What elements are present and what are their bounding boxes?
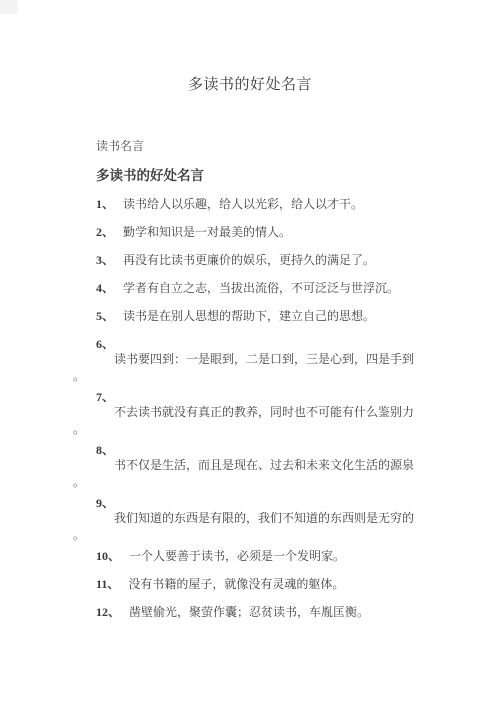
quote-text: 一个人要善于读书，必须是一个发明家。 <box>129 549 345 563</box>
quote-text: 读书给人以乐趣，给人以光彩，给人以才干。 <box>123 197 363 211</box>
quote-item: 10、一个人要善于读书，必须是一个发明家。 <box>96 549 454 564</box>
quote-number: 1、 <box>96 197 114 211</box>
quote-number: 10、 <box>96 549 120 563</box>
quote-tail-punctuation: 。 <box>73 475 454 490</box>
quote-item: 6、读书要四到：一是眼到，二是口到，三是心到，四是手到。 <box>96 337 454 384</box>
quote-text: 不去读书就没有真正的教养，同时也不可能有什么鉴别力 <box>114 405 454 420</box>
quote-number: 2、 <box>96 225 114 239</box>
corner-mark <box>0 0 18 14</box>
quote-number: 3、 <box>96 253 114 267</box>
quote-text: 我们知道的东西是有限的，我们不知道的东西则是无穷的 <box>114 511 454 526</box>
quote-item: 1、读书给人以乐趣，给人以光彩，给人以才干。 <box>96 197 454 212</box>
quote-text: 读书是在别人思想的帮助下，建立自己的思想。 <box>123 309 375 323</box>
quote-text: 学者有自立之志，当拔出流俗，不可泛泛与世浮沉。 <box>123 281 399 295</box>
quote-text: 书不仅是生活，而且是现在、过去和未来文化生活的源泉 <box>114 458 454 473</box>
quotes-list: 1、读书给人以乐趣，给人以光彩，给人以才干。2、勤学和知识是一对最美的情人。3、… <box>96 197 454 620</box>
quote-item: 3、再没有比读书更廉价的娱乐，更持久的满足了。 <box>96 253 454 268</box>
quote-item: 5、读书是在别人思想的帮助下，建立自己的思想。 <box>96 309 454 324</box>
quote-item: 7、不去读书就没有真正的教养，同时也不可能有什么鉴别力。 <box>96 390 454 437</box>
section-label: 读书名言 <box>96 139 454 154</box>
quote-number: 12、 <box>96 605 120 619</box>
quote-number: 11、 <box>96 577 119 591</box>
document-subtitle: 多读书的好处名言 <box>96 167 454 184</box>
quote-item: 2、勤学和知识是一对最美的情人。 <box>96 225 454 240</box>
quote-text: 没有书籍的屋子，就像没有灵魂的躯体。 <box>128 577 344 591</box>
quote-number: 8、 <box>96 443 454 458</box>
quote-number: 5、 <box>96 309 114 323</box>
quote-item: 9、我们知道的东西是有限的，我们不知道的东西则是无穷的。 <box>96 496 454 543</box>
quote-item: 8、书不仅是生活，而且是现在、过去和未来文化生活的源泉。 <box>96 443 454 490</box>
quote-text: 读书要四到：一是眼到，二是口到，三是心到，四是手到 <box>114 352 454 367</box>
quote-tail-punctuation: 。 <box>73 422 454 437</box>
quote-text: 凿壁偷光，聚萤作囊；忍贫读书，车胤匡衡。 <box>129 605 369 619</box>
document-body: 读书名言 多读书的好处名言 1、读书给人以乐趣，给人以光彩，给人以才干。2、勤学… <box>96 139 454 620</box>
quote-item: 12、凿壁偷光，聚萤作囊；忍贫读书，车胤匡衡。 <box>96 605 454 620</box>
quote-text: 勤学和知识是一对最美的情人。 <box>123 225 291 239</box>
quote-tail-punctuation: 。 <box>73 528 454 543</box>
quote-item: 11、没有书籍的屋子，就像没有灵魂的躯体。 <box>96 577 454 592</box>
page-title: 多读书的好处名言 <box>0 0 500 94</box>
quote-item: 4、学者有自立之志，当拔出流俗，不可泛泛与世浮沉。 <box>96 281 454 296</box>
quote-number: 4、 <box>96 281 114 295</box>
quote-number: 6、 <box>96 337 454 352</box>
quote-text: 再没有比读书更廉价的娱乐，更持久的满足了。 <box>123 253 375 267</box>
quote-number: 9、 <box>96 496 454 511</box>
quote-tail-punctuation: 。 <box>73 369 454 384</box>
quote-number: 7、 <box>96 390 454 405</box>
